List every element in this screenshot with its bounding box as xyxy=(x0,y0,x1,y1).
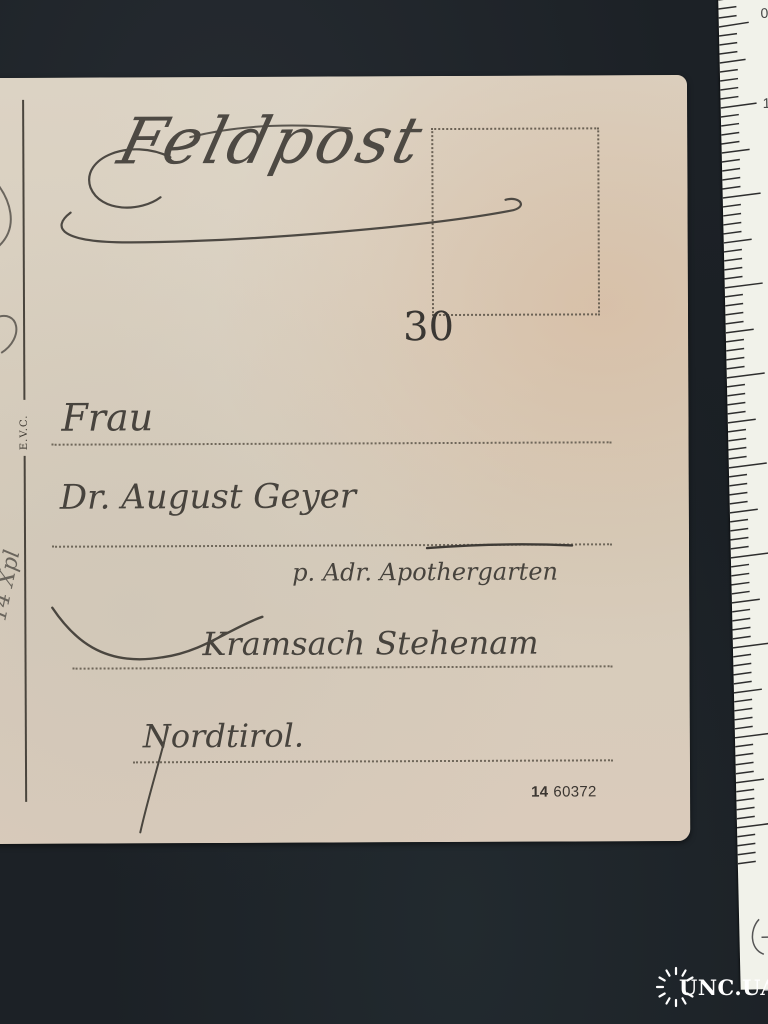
printer-mark: E.V.C. xyxy=(15,410,33,454)
margin-note: 14 Xpl xyxy=(0,548,25,623)
left-scribble-icon xyxy=(0,138,31,358)
address-line-1 xyxy=(52,441,612,445)
watermark: UNC.UA xyxy=(655,966,768,1008)
handwritten-number: 30 xyxy=(403,304,454,350)
address-salutation: Frau xyxy=(61,395,153,439)
postcard: E.V.C. 14 Xpl Feldpost 30 Frau Dr. Augus… xyxy=(0,75,690,844)
address-line-4 xyxy=(133,759,613,763)
address-name: Dr. August Geyer xyxy=(60,476,356,517)
ruler-digit: 1 xyxy=(762,95,768,111)
photo-scene: E.V.C. 14 Xpl Feldpost 30 Frau Dr. Augus… xyxy=(0,0,768,1024)
measuring-ruler: 0 1 xyxy=(718,0,768,990)
watermark-text: UNC.UA xyxy=(679,975,768,1000)
catalog-number: 1460372 xyxy=(531,783,597,800)
ruler-digit: 0 xyxy=(760,5,768,21)
region-flourish-icon xyxy=(128,717,189,837)
ruler-ticks-icon xyxy=(718,0,768,990)
printer-mark-text: E.V.C. xyxy=(19,414,30,450)
postcard-divider-bottom xyxy=(24,456,27,802)
address-care-of: p. Adr. Apothergarten xyxy=(292,558,558,587)
feldpost-heading: Feldpost xyxy=(111,104,431,179)
name-underline-icon xyxy=(422,535,582,556)
address-flourish-icon xyxy=(42,597,282,698)
catalog-id: 60372 xyxy=(553,783,596,800)
catalog-prefix: 14 xyxy=(531,784,548,801)
